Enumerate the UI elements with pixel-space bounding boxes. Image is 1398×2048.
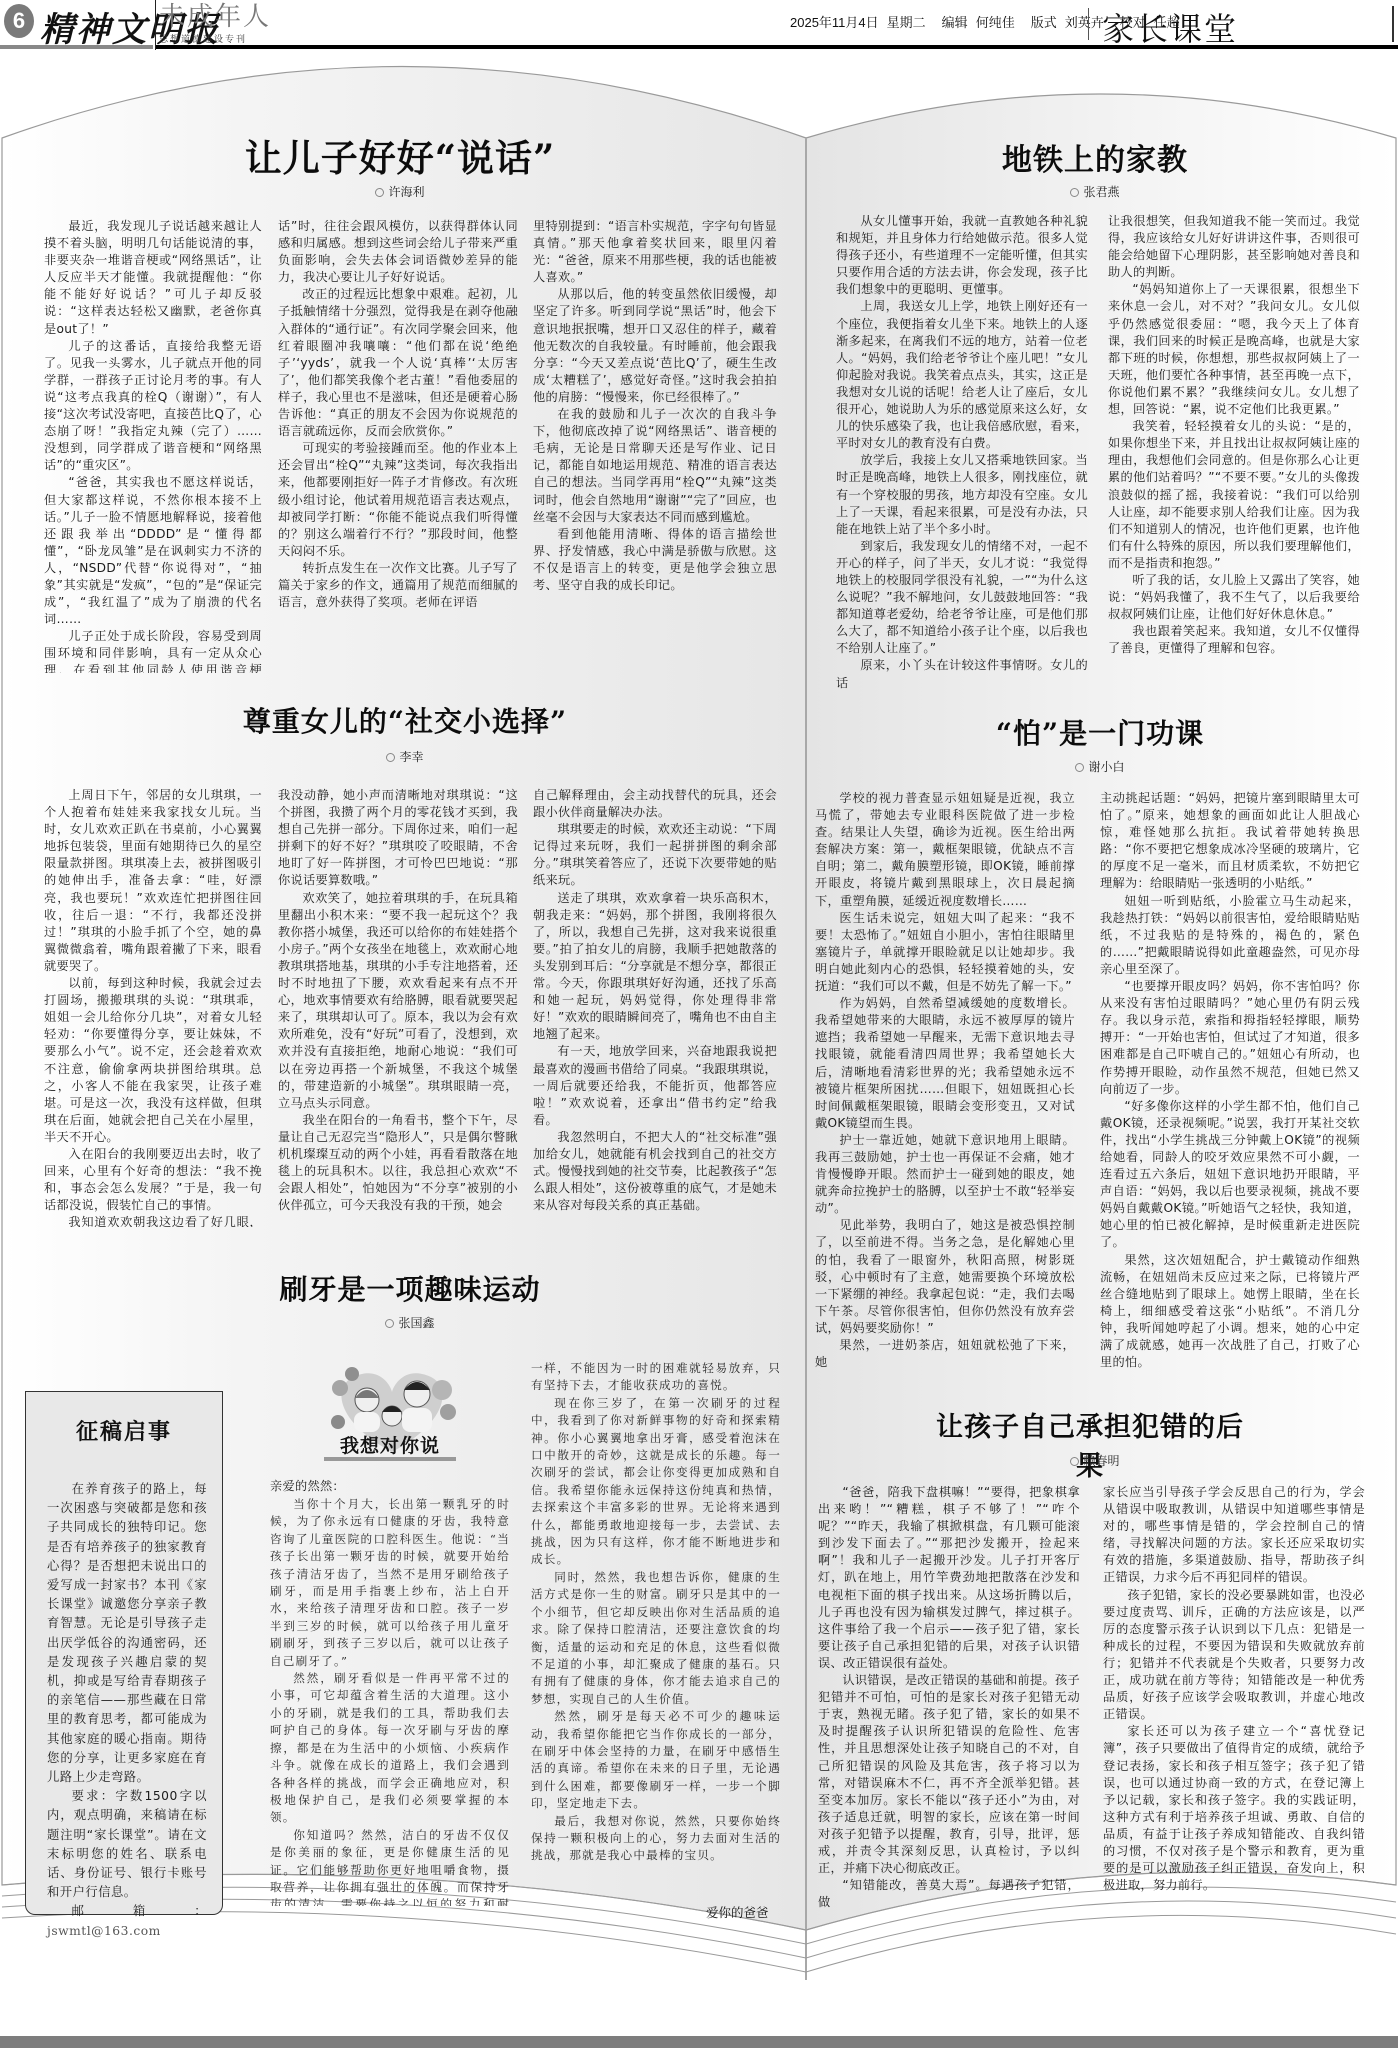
article-column-1: 从女儿懂事开始，我就一直教她各种礼貌和规矩，并且身体力行给她做示范。很多人觉得孩… [836,213,1088,693]
paragraph: 同时，然然，我也想告诉你，健康的生活方式是你一生的财富。刷牙只是其中的一个小细节… [531,1569,781,1708]
paragraph: 最后，我想对你说，然然，只要你始终保持一颗积极向上的心，努力去面对生活的挑战，那… [531,1813,781,1865]
article-byline: 张国鑫 [330,1314,490,1331]
paragraph: 现在你三岁了，在第一次刷牙的过程中，我看到了你对新鲜事物的好奇和探索精神。你小心… [531,1395,781,1569]
paragraph: 你知道吗？然然，洁白的牙齿不仅仅是你美丽的象征，更是你健康生活的见证。它们能够帮… [270,1827,510,1906]
paragraph: 听了我的话，女儿脸上又露出了笑容，她说：“妈妈我懂了，我不生气了，以后我要给叔叔… [1108,572,1360,623]
footer-band [0,2036,1398,2048]
paragraph: 里特别提到：“语言朴实规范，字字句句皆显真情。”那天他拿着奖状回来，眼里闪着光：… [533,218,777,286]
masthead-rule-right [156,45,1398,49]
article-title: 尊重女儿的“社交小选择” [230,700,580,740]
article-byline: 谢小白 [1020,758,1180,775]
paragraph: 一样，不能因为一时的困难就轻易放弃，只有坚持下去，才能收获成功的喜悦。 [531,1360,781,1395]
article-column-1: 最近，我发现儿子说话越来越让人摸不着头脑，明明几句话能说清的事，非要夹杂一堆谐音… [44,218,262,673]
paragraph: 欢欢笑了，她拉着琪琪的手，在玩具箱里翻出小积木来：“要不我一起玩这个？我教你搭小… [278,890,518,1112]
illustration-caption: 我想对你说 [324,1431,456,1458]
article-title: 地铁上的家教 [960,135,1230,179]
paragraph: 入在阳台的我刚要迈出去时，收了回来，心里有个好奇的想法：“我不挽和，事态会怎么发… [44,1146,262,1214]
paragraph: 上周，我送女儿上学，地铁上刚好还有一个座位，我便指着女儿坐下来。地铁上的人逐渐多… [836,298,1088,452]
issue-weekday: 星期二 [887,15,926,30]
paragraph: 转折点发生在一次作文比赛。儿子写了篇关于家乡的作文，通篇用了规范而细腻的语言，意… [278,560,518,611]
section-brand-subtitle: 思想道德建设专刊 [159,32,271,45]
page-number-badge: 6 [4,4,34,38]
author-name: 谢小白 [1088,760,1124,774]
letter-signoff: 爱你的爸爸 [706,1903,769,1921]
author-name: 张国鑫 [398,1316,434,1330]
notice-body: 在养育孩子的路上，每一次困惑与突破都是您和孩子共同成长的独特印记。您是否有培养孩… [47,1480,207,1941]
paragraph: 从女儿懂事开始，我就一直教她各种礼貌和规矩，并且身体力行给她做示范。很多人觉得孩… [836,213,1088,298]
notice-email-line: 邮箱：jswmtl@163.com [47,1902,207,1940]
masthead-end-rule [1392,6,1394,42]
paragraph: 我也跟着笑起来。我知道，女儿不仅懂得了善良，更懂得了理解和包容。 [1108,623,1360,657]
paragraph: “爸爸，其实我也不愿这样说话，但大家都这样说，不然你根本接不上话。”儿子一脸不情… [44,474,262,628]
paragraph: 到家后，我发现女儿的情绪不对，一起不开心的样子，问了半天，女儿才说：“我觉得地铁… [836,538,1088,658]
paragraph: 原来，小丫头在计较这件事情呀。女儿的话 [836,657,1088,691]
section-brand-title: 未成年人 [159,2,271,32]
paragraph: 儿子的这番话，直接给我整无语了。见我一头雾水，儿子就点开他的同学群，一群孩子正讨… [44,338,262,475]
article-column-1: 当你十个月大，长出第一颗乳牙的时候，为了你永远有口健康的牙齿，我特意咨询了儿童医… [270,1496,510,1906]
paragraph: 作为妈妈，自然希望减缓她的度数增长。我希望她带来的大眼睛，永远不被厚厚的镜片遮挡… [815,995,1075,1132]
article-column-3: 自己解释理由，会主动找替代的玩具，还会跟小伙伴商量解决办法。 琪琪要走的时候，欢… [533,787,777,1227]
notice-title: 征稿启事 [25,1415,223,1446]
article-column-2: 让我很想笑，但我知道我不能一笑而过。我觉得，我应该给女儿好好讲讲这件事，否则很可… [1108,213,1360,693]
author-name: 赖春明 [1083,1454,1119,1468]
paragraph: 让我很想笑，但我知道我不能一笑而过。我觉得，我应该给女儿好好讲讲这件事，否则很可… [1108,213,1360,281]
paragraph: 琪琪要走的时候，欢欢还主动说：“下周记得过来玩呀，我们一起拼拼图的剩余部分。”琪… [533,821,777,889]
paragraph: 见此举势，我明白了，她这是被恐惧控制了，以至前进不得。当务之急，是化解她心里的怕… [815,1217,1075,1337]
byline-circle-icon [1070,1457,1079,1466]
paragraph: 当你十个月大，长出第一颗乳牙的时候，为了你永远有口健康的牙齿，我特意咨询了儿童医… [270,1496,510,1670]
byline-circle-icon [385,1319,394,1328]
notice-requirements: 要求：字数1500字以内，观点明确，来稿请在标题注明“家长课堂”。请在文末标明您… [47,1787,207,1902]
layout-label: 版式 [1031,15,1057,30]
paragraph: “爸爸，陪我下盘棋嘛！”“要得，把象棋拿出来哟！”“糟糕，棋子不够了！”“咋个呢… [818,1484,1080,1672]
article-title: “怕”是一门功课 [990,712,1210,752]
article-column-1: 学校的视力普查显示妞妞疑是近视，我立马慌了，带她去专业眼科医院做了进一步检查。结… [815,790,1075,1380]
letter-salutation-wrap: 亲爱的然然： [270,1478,510,1496]
paragraph: 然然，刷牙看似是一件再平常不过的小事，可它却蕴含着生活的大道理。这小小的牙刷，就… [270,1670,510,1827]
meta-separator [1088,8,1089,40]
paragraph: 妞妞一听到贴纸，小脸霍立马生动起来，我趁热打铁：“妈妈以前很害怕，爱给眼睛贴贴纸… [1100,893,1360,978]
byline-circle-icon [1070,188,1079,197]
paragraph: 自己解释理由，会主动找替代的玩具，还会跟小伙伴商量解决办法。 [533,787,777,821]
paragraph: 我坐在阳台的一角看书，整个下午，尽量让自己无忍完当“隐形人”，只是偶尔瞥瞅机机璨… [278,1112,518,1215]
article-column-2: 话”时，往往会跟风模仿，以获得群体认同感和归属感。想到这些词会给儿子带来严重负面… [278,218,518,673]
issue-date: 2025年11月4日 [790,15,879,30]
article-title: 让孩子自己承担犯错的后果 [930,1405,1250,1483]
byline-circle-icon [375,188,384,197]
paragraph: 我忽然明白，不把大人的“社交标准”强加给女儿，她就能有机会找到自己的社交方式。慢… [533,1129,777,1214]
paragraph: 然然，刷牙是每天必不可少的趣味运动，我希望你能把它当作你成长的一部分，在刷牙中体… [531,1708,781,1812]
masthead-divider [155,0,156,50]
notice-paragraph: 在养育孩子的路上，每一次困惑与突破都是您和孩子共同成长的独特印记。您是否有培养孩… [47,1480,207,1787]
paragraph: 从那以后，他的转变虽然依旧缓慢，却坚定了许多。听到同学说“黑话”时，他会下意识地… [533,286,777,406]
paragraph: 改正的过程远比想象中艰难。起初，儿子抵触情绪十分强烈，觉得我是在剥夺他融入群体的… [278,286,518,440]
article-byline: 许海利 [300,183,500,200]
email-address[interactable]: jswmtl@163.com [47,1924,161,1938]
paragraph: 可现实的考验接踵而至。他的作业本上还会冒出“栓Q”“丸辣”这类词，每次我指出来，… [278,440,518,560]
masthead-rule-left [0,45,153,49]
author-name: 李幸 [399,750,423,764]
paragraph: 我没动静，她小声而清晰地对琪琪说：“这个拼图，我攒了两个月的零花钱才买到，我想自… [278,787,518,890]
paragraph: 放学后，我接上女儿又搭乘地铁回家。当时正是晚高峰，地铁上人很多，刚找座位，就有一… [836,452,1088,537]
paragraph: 学校的视力普查显示妞妞疑是近视，我立马慌了，带她去专业眼科医院做了进一步检查。结… [815,790,1075,910]
article-column-1: “爸爸，陪我下盘棋嘛！”“要得，把象棋拿出来哟！”“糟糕，棋子不够了！”“咋个呢… [818,1484,1080,1914]
byline-circle-icon [386,753,395,762]
editor-label: 编辑 [942,15,968,30]
paragraph: “妈妈知道你上了一天课很累，很想坐下来休息一会儿，对不对？”我问女儿。女儿似乎仍… [1108,281,1360,418]
layout-name: 刘英卉 [1065,15,1104,30]
paragraph: 果然，这次妞妞配合，护士戴镜动作细熟流畅，在妞妞尚未反应过来之际，已将镜片严丝合… [1100,1252,1360,1372]
email-label: 邮箱： [72,1904,207,1918]
article-byline: 张君燕 [1000,183,1190,200]
paragraph: 在我的鼓励和儿子一次次的自我斗争下，他彻底改掉了说“网络黑话”、谐音梗的毛病，无… [533,406,777,526]
paragraph: 送走了琪琪，欢欢拿着一块乐高积木，朝我走来：“妈妈，那个拼图，我刚将很久了，所以… [533,890,777,1044]
paragraph: “知错能改，善莫大焉”。每遇孩子犯错，做 [818,1877,1080,1911]
article-column-2: 我没动静，她小声而清晰地对琪琪说：“这个拼图，我攒了两个月的零花钱才买到，我想自… [278,787,518,1227]
paragraph: 孩子犯错，家长的没必要暴跳如雷，也没必要过度责骂、训斥，正确的方法应该是，以严厉… [1103,1587,1365,1724]
editor-name: 何纯佳 [976,15,1015,30]
section-brand: 未成年人 思想道德建设专刊 [159,2,271,45]
paragraph: 我笑着，轻轻摸着女儿的头说：“是的，如果你想坐下来，并且找出让叔叔阿姨让座的理由… [1108,418,1360,572]
paragraph: 果然，一进奶茶店，妞妞就松弛了下来，她 [815,1337,1075,1371]
paragraph: 有一天，地放学回来，兴奋地跟我说把最喜欢的漫画书借给了同桌。“我跟琪琪说，一周后… [533,1043,777,1128]
paragraph: 护士一靠近她，她就下意识地用上眼睛。我再三鼓励她，护士也一再保证不会痛，她才肯慢… [815,1132,1075,1217]
article-column-1: 上周日下午，邻居的女儿琪琪，一个人抱着布娃娃来我家找女儿玩。当时，女儿欢欢正趴在… [44,787,262,1227]
paragraph: 话”时，往往会跟风模仿，以获得群体认同感和归属感。想到这些词会给儿子带来严重负面… [278,218,518,286]
paragraph: “也要撑开眼皮吗？妈妈，你不害怕吗？你从来没有害怕过眼睛吗？”她心里仍有阴云残存… [1100,978,1360,1098]
article-column-2: 家长应当引导孩子学会反思自己的行为，学会从错误中吸取教训，从错误中知道哪些事情是… [1103,1484,1365,1914]
author-name: 许海利 [388,185,424,199]
masthead: 6 精神文明报 未成年人 思想道德建设专刊 2025年11月4日星期二编辑何纯佳… [0,0,1398,50]
article-byline: 李幸 [320,748,490,765]
author-name: 张君燕 [1083,185,1119,199]
illustration-underline [324,1457,456,1461]
paragraph: 主动挑起话题：“妈妈，把镜片塞到眼睛里太可怕了。”原来，她想象的画面如此让人胆战… [1100,790,1360,893]
article-column-3: 里特别提到：“语言朴实规范，字字句句皆显真情。”那天他拿着奖状回来，眼里闪着光：… [533,218,777,673]
paragraph: 最近，我发现儿子说话越来越让人摸不着头脑，明明几句话能说清的事，非要夹杂一堆谐音… [44,218,262,338]
article-title: 刷牙是一项趣味运动 [250,1268,570,1308]
article-column-2: 主动挑起话题：“妈妈，把镜片塞到眼睛里太可怕了。”原来，她想象的画面如此让人胆战… [1100,790,1360,1380]
paragraph: 认识错误，是改正错误的基础和前提。孩子犯错并不可怕，可怕的是家长对孩子犯错无动于… [818,1672,1080,1877]
paragraph: 上周日下午，邻居的女儿琪琪，一个人抱着布娃娃来我家找女儿玩。当时，女儿欢欢正趴在… [44,787,262,975]
article-column-2: 一样，不能因为一时的困难就轻易放弃，只有坚持下去，才能收获成功的喜悦。 现在你三… [531,1360,781,1900]
paragraph: 家长应当引导孩子学会反思自己的行为，学会从错误中吸取教训，从错误中知道哪些事情是… [1103,1484,1365,1587]
column-title: 家长课堂 [1102,4,1238,50]
paragraph: “好多像你这样的小学生都不怕，他们自己戴OK镜，还录视频呢。”说罢，我打开某社交… [1100,1098,1360,1252]
byline-circle-icon [1075,763,1084,772]
article-title: 让儿子好好“说话” [180,128,620,182]
paragraph: 以前，每到这种时候，我就会过去打圆场，搬搬琪琪的头说：“琪琪乖，姐姐一会儿给你分… [44,975,262,1146]
paragraph: 我知道欢欢朝我这边看了好几眼，见 [44,1214,262,1227]
letter-salutation: 亲爱的然然： [270,1478,510,1495]
article-byline: 赖春明 [1010,1452,1180,1469]
paragraph: 家长还可以为孩子建立一个“喜忧登记簿”，孩子只要做出了值得肯定的成绩，就给予登记… [1103,1723,1365,1894]
paragraph: 看到他能用清晰、得体的语言描绘世界、抒发情感，我心中满是骄傲与欣慰。这不仅是语言… [533,526,777,594]
paragraph: 医生话未说完，妞妞大叫了起来：“我不要！太恐怖了。”妞妞自小胆小，害怕往眼睛里塞… [815,910,1075,995]
paragraph: 儿子正处于成长阶段，容易受到周围环境和同伴影响，具有一定从众心理，在看到其他同龄… [44,628,262,673]
